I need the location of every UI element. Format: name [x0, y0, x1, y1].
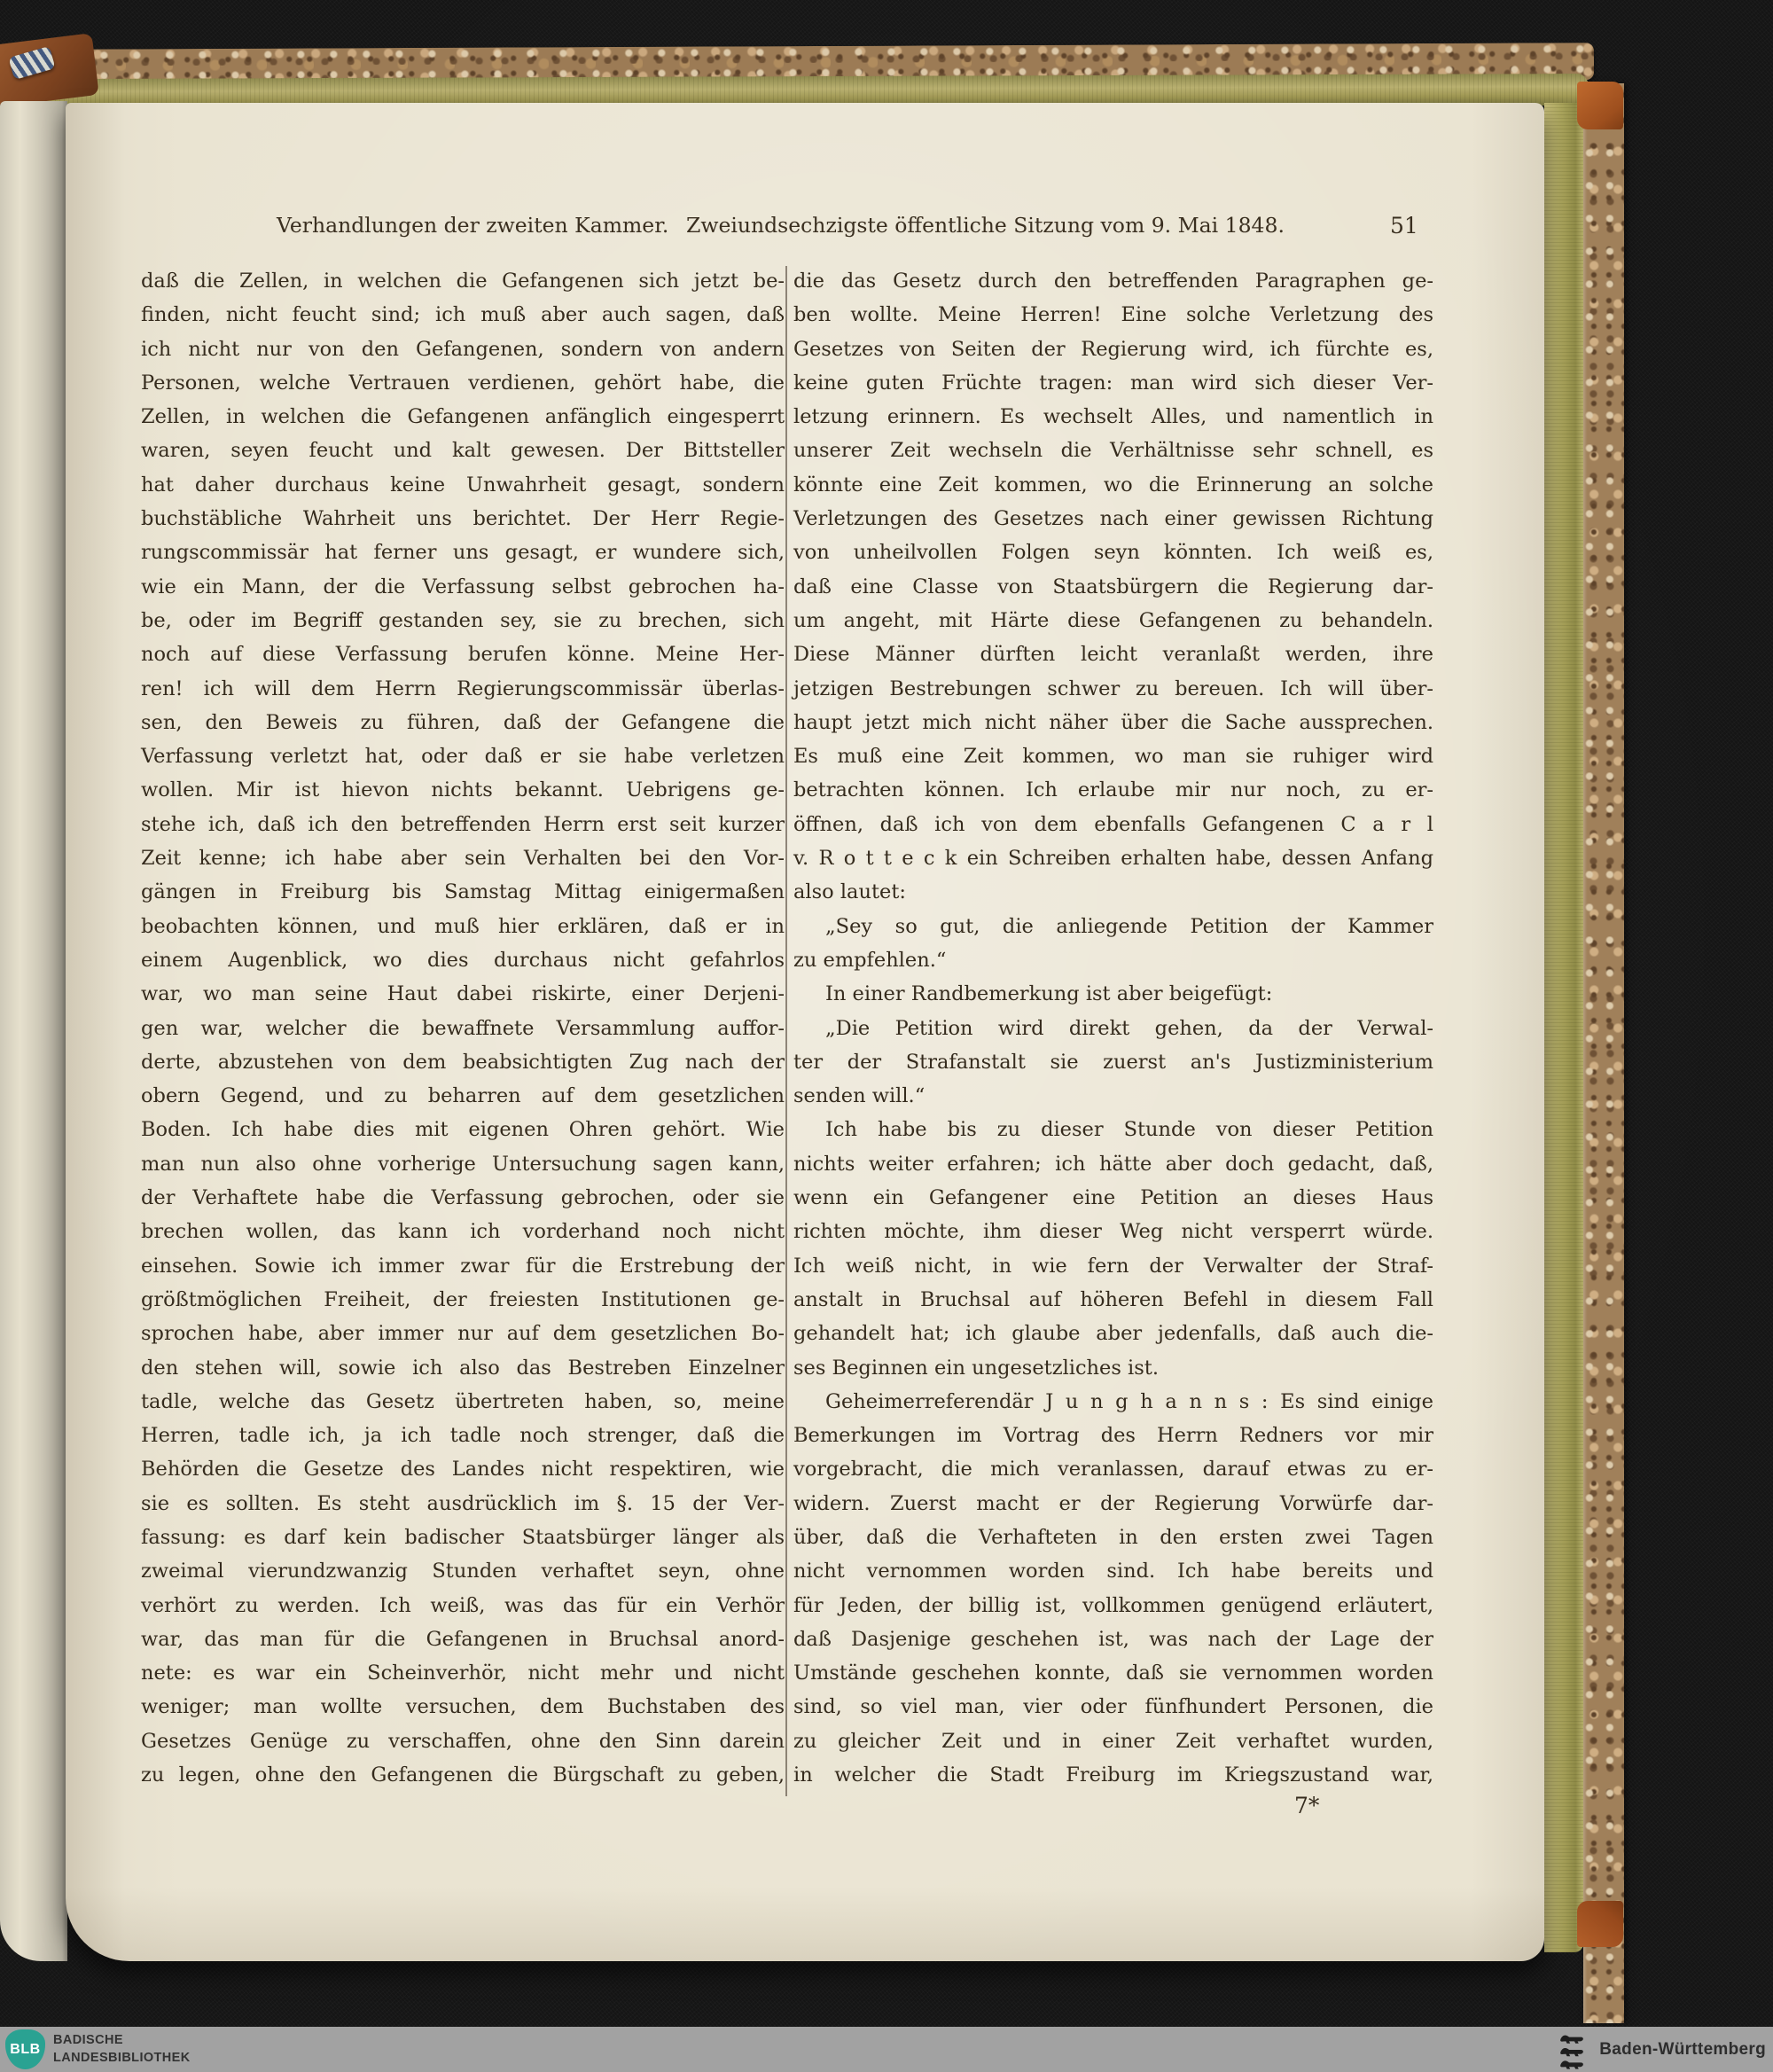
text-line: daß eine Classe von Staatsbürgern die Re… — [793, 570, 1433, 604]
text-line: noch auf diese Verfassung berufen könne.… — [141, 637, 785, 671]
text-line: die das Gesetz durch den betreffenden Pa… — [793, 264, 1433, 298]
text-line: keine guten Früchte tragen: man wird sic… — [793, 366, 1433, 400]
text-line: vorgebracht, die mich veranlassen, darau… — [793, 1452, 1433, 1486]
book-cover-corner-bottom-right — [1577, 1901, 1623, 1947]
text-line: Gesetzes von Seiten der Regierung wird, … — [793, 332, 1433, 366]
text-line: Ich weiß nicht, in wie fern der Verwalte… — [793, 1249, 1433, 1283]
text-line: Verfassung verletzt hat, oder daß er sie… — [141, 739, 785, 773]
text-line: größtmöglichen Freiheit, der freiesten I… — [141, 1283, 785, 1317]
text-line: derte, abzustehen von dem beabsichtigten… — [141, 1045, 785, 1079]
text-line: nichts weiter erfahren; ich hätte aber d… — [793, 1147, 1433, 1181]
state-logo-group: Baden-Württemberg — [1558, 2027, 1766, 2072]
text-line: gehandelt hat; ich glaube aber jedenfall… — [793, 1317, 1433, 1350]
text-line: widern. Zuerst macht er der Regierung Vo… — [793, 1487, 1433, 1521]
text-line: unserer Zeit wechseln die Verhältnisse s… — [793, 434, 1433, 467]
text-line: Zeit kenne; ich habe aber sein Verhalten… — [141, 841, 785, 875]
text-line: zu gleicher Zeit und in einer Zeit verha… — [793, 1724, 1433, 1758]
text-line: man nun also ohne vorherige Untersuchung… — [141, 1147, 785, 1181]
text-line: war, wo man seine Haut dabei riskirte, e… — [141, 977, 785, 1011]
text-line: rungscommissär hat ferner uns gesagt, er… — [141, 536, 785, 569]
text-line: der Verhaftete habe die Verfassung gebro… — [141, 1181, 785, 1215]
text-line: Umstände geschehen konnte, daß sie verno… — [793, 1656, 1433, 1690]
text-line: einsehen. Sowie ich immer zwar für die E… — [141, 1249, 785, 1283]
text-line: Personen, welche Vertrauen verdienen, ge… — [141, 366, 785, 400]
text-line: brechen wollen, das kann ich vorderhand … — [141, 1215, 785, 1248]
text-line: zu legen, ohne den Gefangenen die Bürgsc… — [141, 1758, 785, 1792]
book-fore-edge-pages — [1544, 103, 1583, 1952]
facing-page-edge — [0, 101, 67, 1961]
text-line: daß die Zellen, in welchen die Gefangene… — [141, 264, 785, 298]
text-line: obern Gegend, und zu beharren auf dem ge… — [141, 1079, 785, 1113]
text-line: könnte eine Zeit kommen, wo die Erinneru… — [793, 468, 1433, 502]
text-line: beobachten können, und muß hier erklären… — [141, 910, 785, 943]
text-line: In einer Randbemerkung ist aber beigefüg… — [793, 977, 1433, 1011]
text-line: buchstäbliche Wahrheit uns berichtet. De… — [141, 502, 785, 536]
running-head: Verhandlungen der zweiten Kammer. Zweiun… — [66, 213, 1544, 243]
text-line: den stehen will, sowie ich also das Best… — [141, 1351, 785, 1385]
text-line: Zellen, in welchen die Gefangenen anfäng… — [141, 400, 785, 434]
text-line: öffnen, daß ich von dem ebenfalls Gefang… — [793, 808, 1433, 841]
text-line: letzung erinnern. Es wechselt Alles, und… — [793, 400, 1433, 434]
text-line: be, oder im Begriff gestanden sey, sie z… — [141, 604, 785, 637]
text-line: ren! ich will dem Herrn Regierungscommis… — [141, 672, 785, 706]
text-line: über, daß die Verhafteten in den ersten … — [793, 1521, 1433, 1554]
text-line: Bemerkungen im Vortrag des Herrn Redners… — [793, 1419, 1433, 1452]
text-line: jetzigen Bestrebungen schwer zu bereuen.… — [793, 672, 1433, 706]
library-name: BADISCHE LANDESBIBLIOTHEK — [53, 2032, 191, 2067]
text-line: stehe ich, daß ich den betreffenden Herr… — [141, 808, 785, 841]
text-line: einem Augenblick, wo dies durchaus nicht… — [141, 943, 785, 977]
blb-logo-text: BLB — [10, 2042, 40, 2058]
library-name-line2: LANDESBIBLIOTHEK — [53, 2050, 191, 2068]
text-line: finden, nicht feucht sind; ich muß aber … — [141, 298, 785, 332]
left-column: daß die Zellen, in welchen die Gefangene… — [141, 264, 785, 1792]
text-line: um angeht, mit Härte diese Gefangenen zu… — [793, 604, 1433, 637]
text-line: ben wollte. Meine Herren! Eine solche Ve… — [793, 298, 1433, 332]
text-line: Verletzungen des Gesetzes nach einer gew… — [793, 502, 1433, 536]
text-line: richten möchte, ihm dieser Weg nicht ver… — [793, 1215, 1433, 1248]
text-line: fassung: es darf kein badischer Staatsbü… — [141, 1521, 785, 1554]
text-line: von unheilvollen Folgen seyn könnten. Ic… — [793, 536, 1433, 569]
text-line: wie ein Mann, der die Verfassung selbst … — [141, 570, 785, 604]
text-line: betrachten können. Ich erlaube mir nur n… — [793, 773, 1433, 807]
signature-mark: 7* — [1294, 1793, 1319, 1818]
text-line: „Die Petition wird direkt gehen, da der … — [793, 1012, 1433, 1045]
text-line: ses Beginnen ein ungesetzliches ist. — [793, 1351, 1433, 1385]
text-line: war, das man für die Gefangenen in Bruch… — [141, 1622, 785, 1656]
blb-logo: BLB — [5, 2029, 45, 2069]
state-name: Baden-Württemberg — [1599, 2040, 1766, 2060]
viewer-footer-bar: BLB BADISCHE LANDESBIBLIOTHEK Baden-Würt… — [0, 2027, 1773, 2072]
text-line: Herren, tadle ich, ja ich tadle noch str… — [141, 1419, 785, 1452]
text-line: Gesetzes Genüge zu verschaffen, ohne den… — [141, 1724, 785, 1758]
text-line: hat daher durchaus keine Unwahrheit gesa… — [141, 468, 785, 502]
text-line: nete: es war ein Scheinverhör, nicht meh… — [141, 1656, 785, 1690]
text-line: Behörden die Gesetze des Landes nicht re… — [141, 1452, 785, 1486]
page-number: 51 — [1390, 213, 1418, 238]
text-line: sie es sollten. Es steht ausdrücklich im… — [141, 1487, 785, 1521]
running-head-center: Zweiundsechzigste öffentliche Sitzung vo… — [686, 213, 1285, 238]
text-line: haupt jetzt mich nicht näher über die Sa… — [793, 706, 1433, 739]
text-line: ich nicht nur von den Gefangenen, sonder… — [141, 332, 785, 366]
baden-wuerttemberg-lions-icon — [1558, 2030, 1590, 2069]
text-line: sind, so viel man, vier oder fünfhundert… — [793, 1690, 1433, 1724]
scanned-page: Verhandlungen der zweiten Kammer. Zweiun… — [66, 103, 1544, 1961]
text-line: Es muß eine Zeit kommen, wo man sie ruhi… — [793, 739, 1433, 773]
scanned-book-viewer: { "page": { "running_head": { "left": "V… — [0, 0, 1773, 2072]
text-line: verhört zu werden. Ich weiß, was das für… — [141, 1589, 785, 1622]
text-line: „Sey so gut, die anliegende Petition der… — [793, 910, 1433, 943]
text-line: sprochen habe, aber immer nur auf dem ge… — [141, 1317, 785, 1350]
text-line: zweimal vierundzwanzig Stunden verhaftet… — [141, 1554, 785, 1588]
text-line: senden will.“ — [793, 1079, 1433, 1113]
text-line: ter der Strafanstalt sie zuerst an's Jus… — [793, 1045, 1433, 1079]
text-line: Boden. Ich habe dies mit eigenen Ohren g… — [141, 1113, 785, 1146]
text-line: Diese Männer dürften leicht veranlaßt we… — [793, 637, 1433, 671]
text-line: nicht vernommen worden sind. Ich habe be… — [793, 1554, 1433, 1588]
text-line: Geheimerreferendär J u n g h a n n s : E… — [793, 1385, 1433, 1419]
text-line: v. R o t t e c k ein Schreiben erhalten … — [793, 841, 1433, 875]
text-line: für Jeden, der billig ist, vollkommen ge… — [793, 1589, 1433, 1622]
book-right-marbled-cover-edge — [1583, 83, 1624, 2023]
text-line: also lautet: — [793, 875, 1433, 909]
text-line: wenn ein Gefangener eine Petition an die… — [793, 1181, 1433, 1215]
text-line: in welcher die Stadt Freiburg im Kriegsz… — [793, 1758, 1433, 1792]
text-line: tadle, welche das Gesetz übertreten habe… — [141, 1385, 785, 1419]
book-cover-corner-top-right — [1577, 82, 1623, 129]
text-line: anstalt in Bruchsal auf höheren Befehl i… — [793, 1283, 1433, 1317]
running-head-left: Verhandlungen der zweiten Kammer. — [277, 213, 668, 238]
text-line: zu empfehlen.“ — [793, 943, 1433, 977]
text-line: Ich habe bis zu dieser Stunde von dieser… — [793, 1113, 1433, 1146]
text-line: gängen in Freiburg bis Samstag Mittag ei… — [141, 875, 785, 909]
text-line: waren, seyen feucht und kalt gewesen. De… — [141, 434, 785, 467]
text-line: sen, den Beweis zu führen, daß der Gefan… — [141, 706, 785, 739]
text-line: daß Dasjenige geschehen ist, was nach de… — [793, 1622, 1433, 1656]
text-line: gen war, welcher die bewaffnete Versamml… — [141, 1012, 785, 1045]
text-line: wollen. Mir ist hievon nichts bekannt. U… — [141, 773, 785, 807]
column-divider-rule — [785, 266, 787, 1796]
text-line: weniger; man wollte versuchen, dem Buchs… — [141, 1690, 785, 1724]
right-column: die das Gesetz durch den betreffenden Pa… — [793, 264, 1433, 1792]
library-name-line1: BADISCHE — [53, 2032, 191, 2050]
